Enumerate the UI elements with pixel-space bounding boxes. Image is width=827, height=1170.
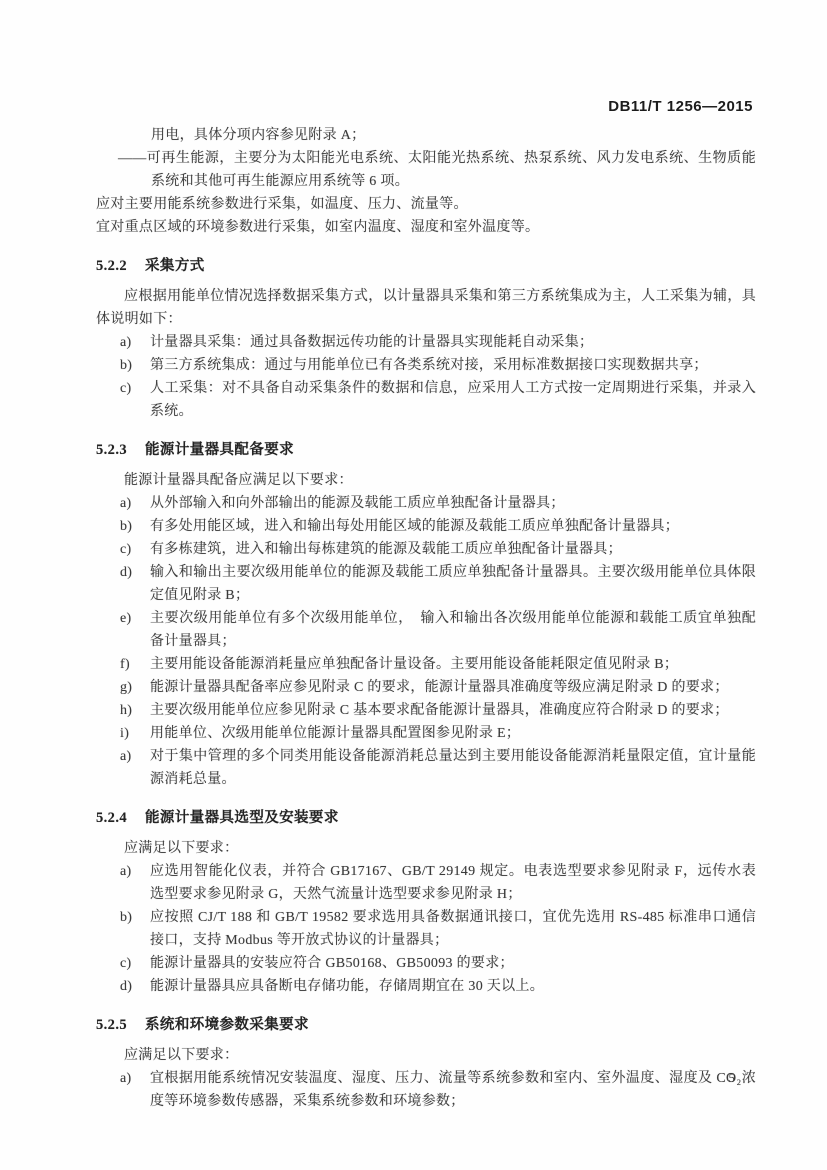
section-heading: 5.2.2 采集方式 [96,255,756,278]
list-item-label: d) [120,975,132,998]
list-item: i) 用能单位、次级用能单位能源计量器具配置图参见附录 E； [96,722,756,745]
list-item: c) 能源计量器具的安装应符合 GB50168、GB50093 的要求； [96,952,756,975]
carryover-dash-item: ——可再生能源，主要分为太阳能光电系统、太阳能光热系统、热泵系统、风力发电系统、… [96,147,756,193]
page-content: 用电，具体分项内容参见附录 A； ——可再生能源，主要分为太阳能光电系统、太阳能… [96,124,756,1113]
section-number: 5.2.2 [96,258,127,274]
section-paragraph: 应根据用能单位情况选择数据采集方式，以计量器具采集和第三方系统集成为主，人工采集… [96,285,756,331]
list-item-label: h) [120,699,132,722]
carryover-note-1: 应对主要用能系统参数进行采集，如温度、压力、流量等。 [96,193,756,216]
list-item-text: 能源计量器具应具备断电存储功能，存储周期宜在 30 天以上。 [150,979,544,994]
list-item-label: a) [120,1067,131,1090]
list-item-text: 主要次级用能单位应参见附录 C 基本要求配备能源计量器具，准确度应符合附录 D … [150,703,729,718]
list-item-text: 应选用智能化仪表，并符合 GB17167、GB/T 29149 规定。电表选型要… [150,864,756,902]
section-title: 系统和环境参数采集要求 [145,1017,309,1033]
list-item-text: 主要次级用能单位有多个次级用能单位， 输入和输出各次级用能单位能源和载能工质宜单… [150,611,756,649]
section-5-2-4: 5.2.4 能源计量器具选型及安装要求 应满足以下要求： a) 应选用智能化仪表… [96,807,756,998]
section-heading: 5.2.5 系统和环境参数采集要求 [96,1014,756,1037]
section-paragraph: 能源计量器具配备应满足以下要求： [96,469,756,492]
list-item-text: 输入和输出主要次级用能单位的能源及载能工质应单独配备计量器具。主要次级用能单位具… [150,565,756,603]
list-item-label: b) [120,354,132,377]
list-item-text: 计量器具采集：通过具备数据远传功能的计量器具实现能耗自动采集； [150,335,593,350]
section-heading: 5.2.4 能源计量器具选型及安装要求 [96,807,756,830]
list-item-label: g) [120,676,132,699]
list-item-label: i) [120,722,129,745]
list-item: d) 输入和输出主要次级用能单位的能源及载能工质应单独配备计量器具。主要次级用能… [96,561,756,607]
list-item-label: a) [120,745,131,768]
list-item-text: 能源计量器具的安装应符合 GB50168、GB50093 的要求； [150,956,514,971]
list-item: f) 主要用能设备能源消耗量应单独配备计量设备。主要用能设备能耗限定值见附录 B… [96,653,756,676]
list-item-text: 有多处用能区域，进入和输出每处用能区域的能源及载能工质应单独配备计量器具； [150,519,679,534]
section-title: 能源计量器具配备要求 [145,442,294,458]
list-item-text: 第三方系统集成：通过与用能单位已有各类系统对接，采用标准数据接口实现数据共享； [150,358,708,373]
list-item-label: c) [120,377,131,400]
list-item: d) 能源计量器具应具备断电存储功能，存储周期宜在 30 天以上。 [96,975,756,998]
list-item: c) 人工采集：对不具备自动采集条件的数据和信息，应采用人工方式按一定周期进行采… [96,377,756,423]
list-item-label: a) [120,331,131,354]
page-header: DB11/T 1256—2015 [96,98,753,116]
section-paragraph: 应满足以下要求： [96,1044,756,1067]
list-item-label: a) [120,492,131,515]
list-item: g) 能源计量器具配备率应参见附录 C 的要求，能源计量器具准确度等级应满足附录… [96,676,756,699]
list-item: b) 有多处用能区域，进入和输出每处用能区域的能源及载能工质应单独配备计量器具； [96,515,756,538]
page-number: 5 [729,1070,736,1086]
section-number: 5.2.4 [96,810,127,826]
list-item-text: 能源计量器具配备率应参见附录 C 的要求，能源计量器具准确度等级应满足附录 D … [150,680,729,695]
list-item-label: d) [120,561,132,584]
carryover-continuation-line: 用电，具体分项内容参见附录 A； [151,124,756,147]
list-item-label: b) [120,515,132,538]
list-item-text: 宜根据用能系统情况安装温度、湿度、压力、流量等系统参数和室内、室外温度、湿度及 … [150,1071,756,1109]
list-item: e) 主要次级用能单位有多个次级用能单位， 输入和输出各次级用能单位能源和载能工… [96,607,756,653]
section-number: 5.2.3 [96,442,127,458]
list-item-label: c) [120,952,131,975]
document-number: DB11/T 1256—2015 [608,98,753,115]
section-5-2-5: 5.2.5 系统和环境参数采集要求 应满足以下要求： a) 宜根据用能系统情况安… [96,1014,756,1113]
list-item-label: b) [120,906,132,929]
list-item-text: 对于集中管理的多个同类用能设备能源消耗总量达到主要用能设备能源消耗量限定值，宜计… [150,749,756,787]
list-item-text: 从外部输入和向外部输出的能源及载能工质应单独配备计量器具； [150,496,565,511]
section-heading: 5.2.3 能源计量器具配备要求 [96,439,756,462]
section-title: 能源计量器具选型及安装要求 [145,810,339,826]
list-item-label: a) [120,860,131,883]
list-item: c) 有多栋建筑，进入和输出每栋建筑的能源及载能工质应单独配备计量器具； [96,538,756,561]
list-item: h) 主要次级用能单位应参见附录 C 基本要求配备能源计量器具，准确度应符合附录… [96,699,756,722]
section-number: 5.2.5 [96,1017,127,1033]
list-item-label: f) [120,653,130,676]
list-item: a) 应选用智能化仪表，并符合 GB17167、GB/T 29149 规定。电表… [96,860,756,906]
list-item-text: 有多栋建筑，进入和输出每栋建筑的能源及载能工质应单独配备计量器具； [150,542,622,557]
list-item-label: e) [120,607,131,630]
section-paragraph: 应满足以下要求： [96,837,756,860]
list-item: b) 第三方系统集成：通过与用能单位已有各类系统对接，采用标准数据接口实现数据共… [96,354,756,377]
list-item-text: 人工采集：对不具备自动采集条件的数据和信息，应采用人工方式按一定周期进行采集，并… [150,381,756,419]
list-item-text: 主要用能设备能源消耗量应单独配备计量设备。主要用能设备能耗限定值见附录 B； [150,657,678,672]
list-item-text: 应按照 CJ/T 188 和 GB/T 19582 要求选用具备数据通讯接口，宜… [150,910,756,948]
list-item: a) 对于集中管理的多个同类用能设备能源消耗总量达到主要用能设备能源消耗量限定值… [96,745,756,791]
section-5-2-3: 5.2.3 能源计量器具配备要求 能源计量器具配备应满足以下要求： a) 从外部… [96,439,756,791]
list-item: a) 计量器具采集：通过具备数据远传功能的计量器具实现能耗自动采集； [96,331,756,354]
list-item-label: c) [120,538,131,561]
list-item-text: 用能单位、次级用能单位能源计量器具配置图参见附录 E； [150,726,520,741]
list-item: a) 从外部输入和向外部输出的能源及载能工质应单独配备计量器具； [96,492,756,515]
carryover-note-2: 宜对重点区域的环境参数进行采集，如室内温度、湿度和室外温度等。 [96,216,756,239]
list-item: a) 宜根据用能系统情况安装温度、湿度、压力、流量等系统参数和室内、室外温度、湿… [96,1067,756,1113]
document-page: DB11/T 1256—2015 用电，具体分项内容参见附录 A； ——可再生能… [0,0,827,1170]
section-5-2-2: 5.2.2 采集方式 应根据用能单位情况选择数据采集方式，以计量器具采集和第三方… [96,255,756,423]
list-item: b) 应按照 CJ/T 188 和 GB/T 19582 要求选用具备数据通讯接… [96,906,756,952]
section-title: 采集方式 [145,258,205,274]
